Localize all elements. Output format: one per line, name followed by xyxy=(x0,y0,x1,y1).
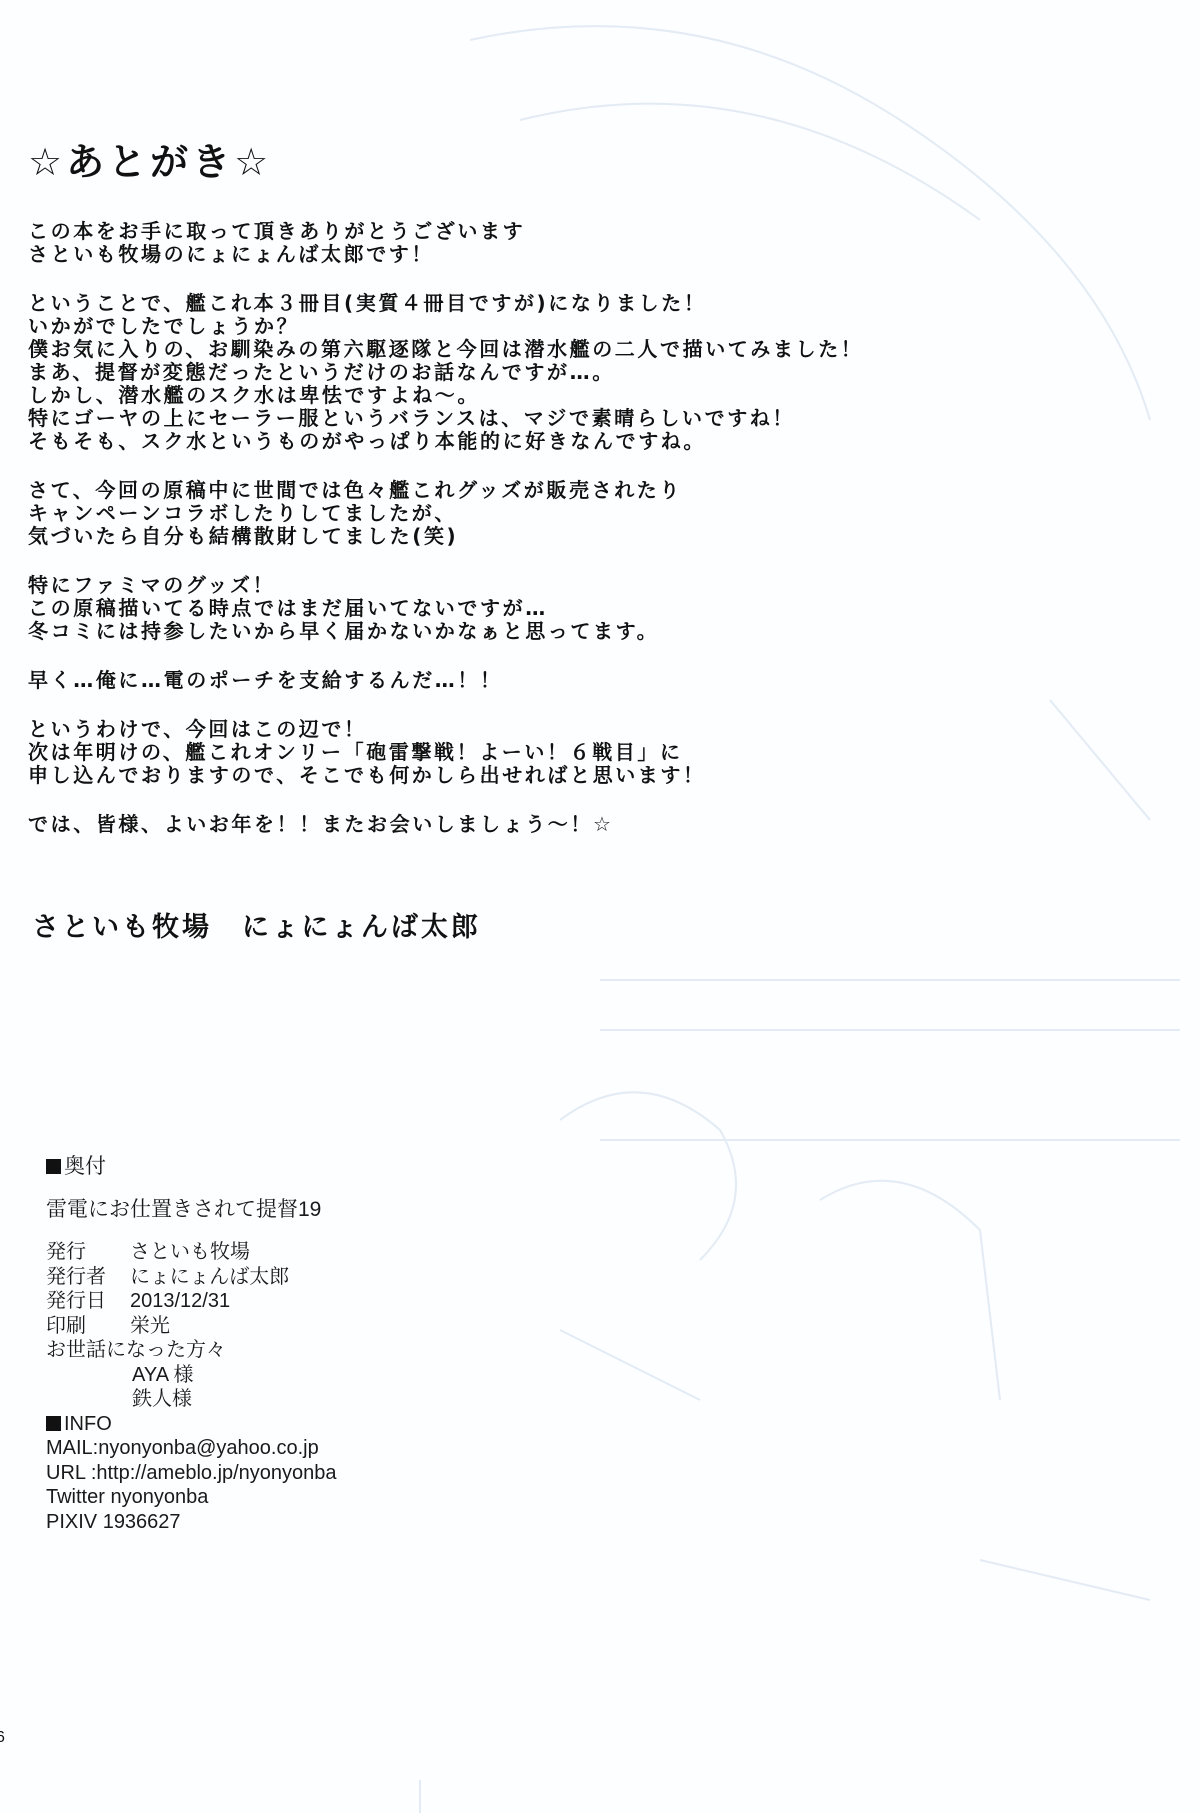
text-line: そもそも、スク水というものがやっぱり本能的に好きなんですね。 xyxy=(28,430,988,453)
colophon-row-issuer: 発行者にょにょんば太郎 xyxy=(46,1265,337,1290)
info-heading-text: INFO xyxy=(64,1413,112,1435)
text-line: この原稿描いてる時点ではまだ届いてないですが… xyxy=(28,597,988,620)
colophon-section: 奥付 雷電にお仕置きされて提督19 発行さといも牧場 発行者にょにょんば太郎 発… xyxy=(46,1155,337,1534)
row-value: 2013/12/31 xyxy=(130,1289,230,1314)
text-line: さといも牧場のにょにょんば太郎です！ xyxy=(28,243,988,266)
paragraph: さて、今回の原稿中に世間では色々艦これグッズが販売されたり キャンペーンコラボし… xyxy=(28,479,988,548)
afterword-section: ☆あとがき☆ この本をお手に取って頂きありがとうございます さといも牧場のにょに… xyxy=(28,140,988,862)
colophon-row-printer: 印刷栄光 xyxy=(46,1314,337,1339)
colophon-heading: 奥付 xyxy=(46,1155,337,1180)
thanks-label: お世話になった方々 xyxy=(46,1338,337,1363)
info-mail: MAIL:nyonyonba@yahoo.co.jp xyxy=(46,1436,337,1461)
square-bullet-icon xyxy=(46,1416,61,1431)
row-label: 発行 xyxy=(46,1240,130,1265)
text-line: ということで、艦これ本３冊目(実質４冊目ですが)になりました！ xyxy=(28,292,988,315)
text-line: キャンペーンコラボしたりしてましたが、 xyxy=(28,502,988,525)
row-label: 発行者 xyxy=(46,1265,130,1290)
info-heading: INFO xyxy=(46,1412,337,1437)
afterword-title: ☆あとがき☆ xyxy=(28,140,988,184)
paragraph: ということで、艦これ本３冊目(実質４冊目ですが)になりました！ いかがでしたでし… xyxy=(28,292,988,453)
text-line: 僕お気に入りの、お馴染みの第六駆逐隊と今回は潜水艦の二人で描いてみました！ xyxy=(28,338,988,361)
text-line: では、皆様、よいお年を！！またお会いしましょう～！☆ xyxy=(28,813,988,836)
paragraph: では、皆様、よいお年を！！またお会いしましょう～！☆ xyxy=(28,813,988,836)
square-bullet-icon xyxy=(46,1159,61,1174)
paragraph: 早く…俺に…電のポーチを支給するんだ…！！ xyxy=(28,669,988,692)
paragraph: この本をお手に取って頂きありがとうございます さといも牧場のにょにょんば太郎です… xyxy=(28,220,988,266)
page-number: 6 xyxy=(0,1729,5,1747)
info-url: URL :http://ameblo.jp/nyonyonba xyxy=(46,1461,337,1486)
row-label: 発行日 xyxy=(46,1289,130,1314)
text-line: 早く…俺に…電のポーチを支給するんだ…！！ xyxy=(28,669,988,692)
text-line: さて、今回の原稿中に世間では色々艦これグッズが販売されたり xyxy=(28,479,988,502)
text-line: というわけで、今回はこの辺で！ xyxy=(28,718,988,741)
text-line: 申し込んでおりますので、そこでも何かしら出せればと思います！ xyxy=(28,764,988,787)
text-line: 次は年明けの、艦これオンリー「砲雷撃戦！よーい！６戦目」に xyxy=(28,741,988,764)
text-line: この本をお手に取って頂きありがとうございます xyxy=(28,220,988,243)
text-line: いかがでしたでしょうか？ xyxy=(28,315,988,338)
text-line: まあ、提督が変態だったというだけのお話なんですが…。 xyxy=(28,361,988,384)
info-pixiv: PIXIV 1936627 xyxy=(46,1510,337,1535)
row-value: 栄光 xyxy=(130,1314,170,1339)
row-label: 印刷 xyxy=(46,1314,130,1339)
paragraph: 特にファミマのグッズ！ この原稿描いてる時点ではまだ届いてないですが… 冬コミに… xyxy=(28,574,988,643)
row-value: にょにょんば太郎 xyxy=(130,1265,289,1290)
colophon-row-publisher: 発行さといも牧場 xyxy=(46,1240,337,1265)
row-value: さといも牧場 xyxy=(130,1240,250,1265)
text-line: 冬コミには持参したいから早く届かないかなぁと思ってます。 xyxy=(28,620,988,643)
text-line: 気づいたら自分も結構散財してました(笑) xyxy=(28,525,988,548)
text-line: しかし、潜水艦のスク水は卑怯ですよね～。 xyxy=(28,384,988,407)
paragraph: というわけで、今回はこの辺で！ 次は年明けの、艦これオンリー「砲雷撃戦！よーい！… xyxy=(28,718,988,787)
thanks-item: AYA 様 xyxy=(46,1363,337,1388)
thanks-item: 鉄人様 xyxy=(46,1387,337,1412)
author-signature: さといも牧場 にょにょんば太郎 xyxy=(32,905,481,944)
colophon-row-date: 発行日2013/12/31 xyxy=(46,1289,337,1314)
text-line: 特にファミマのグッズ！ xyxy=(28,574,988,597)
colophon-heading-text: 奥付 xyxy=(64,1155,106,1178)
book-title: 雷電にお仕置きされて提督19 xyxy=(46,1198,337,1223)
info-twitter: Twitter nyonyonba xyxy=(46,1485,337,1510)
text-line: 特にゴーヤの上にセーラー服というバランスは、マジで素晴らしいですね！ xyxy=(28,407,988,430)
